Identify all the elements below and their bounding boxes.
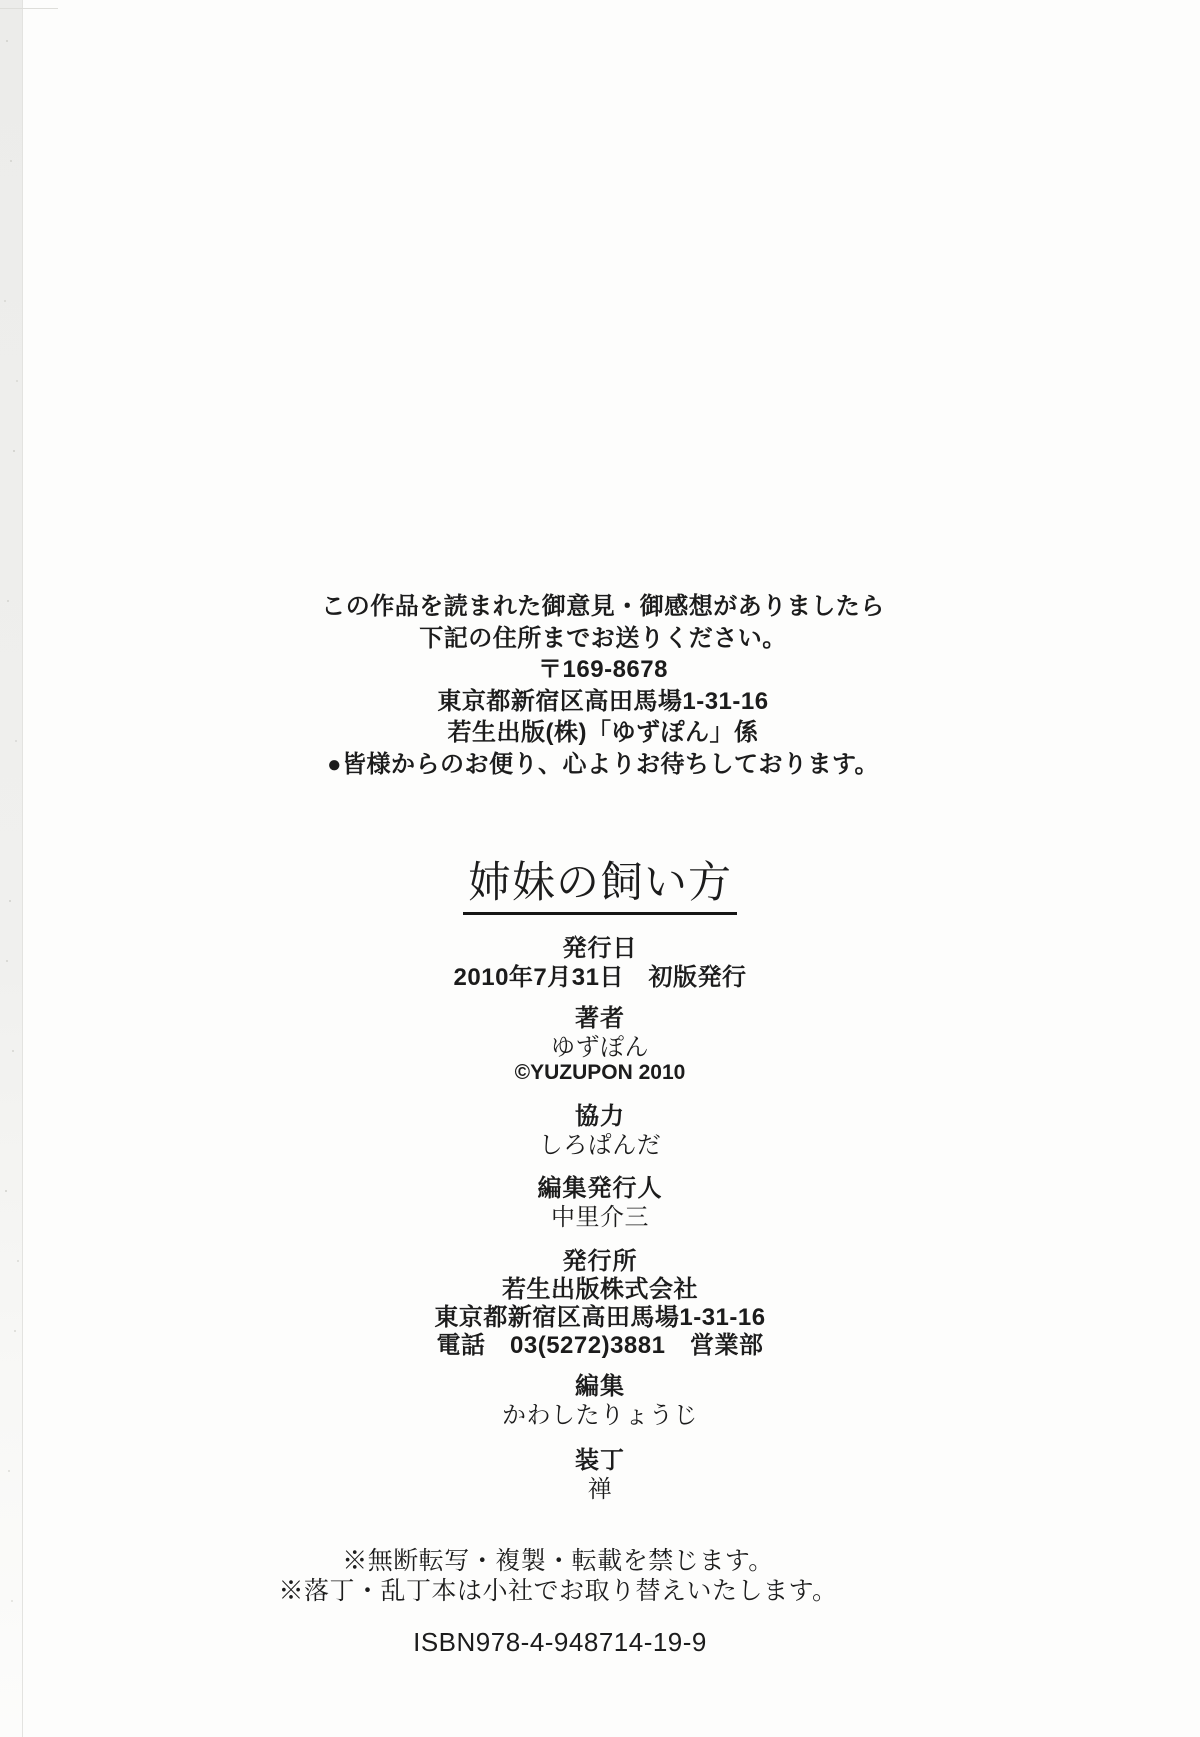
feedback-recipient: 若生出版(株)「ゆずぽん」係: [3, 717, 1200, 749]
editor-publisher-name: 中里介三: [0, 1203, 1200, 1232]
reprint-prohibition-note: ※無断転写・複製・転載を禁じます。: [0, 1547, 1158, 1577]
legal-notes: ※無断転写・複製・転載を禁じます。 ※落丁・乱丁本は小社でお取り替えいたします。: [0, 1547, 1158, 1607]
section-publisher: 発行所 若生出版株式会社 東京都新宿区高田馬場1-31-16 電話 03(527…: [0, 1248, 1200, 1360]
publisher-name: 若生出版株式会社: [0, 1276, 1200, 1304]
publisher-phone: 電話 03(5272)3881 営業部: [0, 1332, 1200, 1360]
isbn-text: ISBN978-4-948714-19-9: [0, 1627, 1160, 1657]
author-label: 著者: [0, 1004, 1200, 1033]
editing-name: かわしたりょうじ: [0, 1401, 1200, 1430]
editing-label: 編集: [0, 1372, 1200, 1401]
section-editing: 編集 かわしたりょうじ: [0, 1372, 1200, 1430]
defective-copy-note: ※落丁・乱丁本は小社でお取り替えいたします。: [0, 1577, 1158, 1607]
copyright-line: ©YUZUPON 2010: [0, 1062, 1200, 1084]
reader-feedback-notice: この作品を読まれた御意見・御感想がありましたら 下記の住所までお送りください。 …: [3, 591, 1200, 780]
design-name: 禅: [0, 1475, 1200, 1504]
publisher-address: 東京都新宿区高田馬場1-31-16: [0, 1304, 1200, 1332]
colophon-page: この作品を読まれた御意見・御感想がありましたら 下記の住所までお送りください。 …: [0, 0, 1200, 1737]
cooperation-label: 協力: [0, 1102, 1200, 1131]
feedback-address: 東京都新宿区高田馬場1-31-16: [3, 686, 1200, 718]
section-author: 著者 ゆずぽん ©YUZUPON 2010: [0, 1004, 1200, 1084]
scan-artifact-top-line: [0, 8, 58, 9]
publication-date-value: 2010年7月31日 初版発行: [0, 963, 1200, 992]
cooperation-name: しろぱんだ: [0, 1131, 1200, 1160]
feedback-closing-line: ●皆様からのお便り、心よりお待ちしております。: [3, 749, 1200, 781]
design-label: 装丁: [0, 1446, 1200, 1475]
section-editor-publisher: 編集発行人 中里介三: [0, 1174, 1200, 1232]
feedback-line: 下記の住所までお送りください。: [3, 623, 1200, 655]
editor-publisher-label: 編集発行人: [0, 1174, 1200, 1203]
section-publication-date: 発行日 2010年7月31日 初版発行: [0, 934, 1200, 992]
section-cooperation: 協力 しろぱんだ: [0, 1102, 1200, 1160]
publisher-label: 発行所: [0, 1248, 1200, 1276]
scan-artifact-speckles: [6, 40, 8, 42]
feedback-line: この作品を読まれた御意見・御感想がありましたら: [3, 591, 1200, 623]
section-design: 装丁 禅: [0, 1446, 1200, 1504]
postal-code: 〒169-8678: [3, 654, 1200, 686]
publication-date-label: 発行日: [0, 934, 1200, 963]
title-block: 姉妹の飼い方: [0, 862, 1200, 915]
author-name: ゆずぽん: [0, 1033, 1200, 1062]
book-title: 姉妹の飼い方: [463, 862, 737, 915]
